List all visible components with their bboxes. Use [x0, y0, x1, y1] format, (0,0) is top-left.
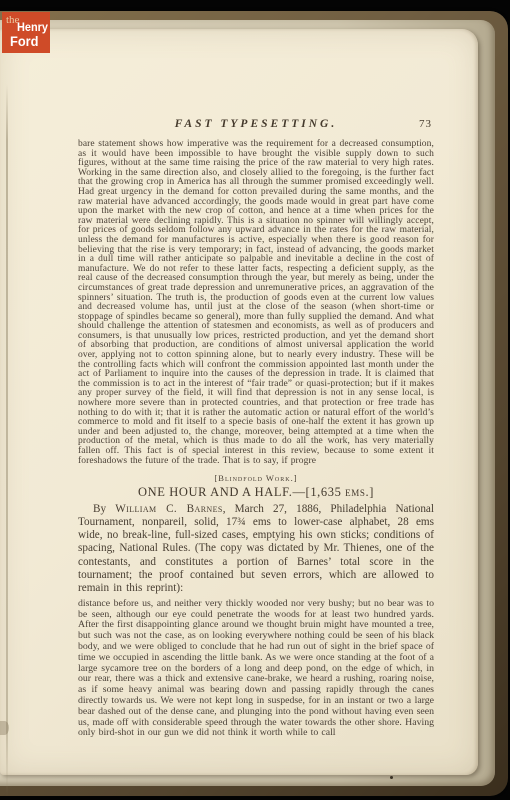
page-edge-notch [0, 721, 9, 735]
byline-paragraph: By William C. Barnes, March 27, 1886, Ph… [78, 503, 434, 595]
logo-word-henry: Henry [17, 23, 48, 35]
logo-word-ford: Ford [10, 35, 39, 49]
byline-rest: , March 27, 1886, Philadelphia National … [78, 503, 434, 594]
book-page: FAST TYPESETTING. 73 bare statement show… [0, 29, 478, 775]
section-kicker: [Blindfold Work.] [78, 473, 434, 483]
underlying-page-edge [6, 84, 8, 796]
reprint-paragraph: distance before us, and neither very thi… [78, 599, 434, 739]
running-header: FAST TYPESETTING. 73 [78, 118, 434, 140]
scan-speck [390, 776, 393, 779]
scan-speck [207, 180, 209, 182]
printed-content: FAST TYPESETTING. 73 bare statement show… [78, 118, 434, 739]
section-heading-ems: —[1,635 ems.] [292, 485, 374, 499]
page-number: 73 [419, 118, 432, 130]
section-heading: ONE HOUR AND A HALF.—[1,635 ems.] [78, 485, 434, 500]
henry-ford-logo: the Henry Ford [2, 12, 50, 53]
lead-paragraph: bare statement shows how imperative was … [78, 140, 434, 466]
scanned-book-photo: FAST TYPESETTING. 73 bare statement show… [0, 0, 510, 800]
byline-prefix: By [93, 503, 115, 515]
byline-name: William C. Barnes [115, 503, 223, 515]
running-title: FAST TYPESETTING. [78, 118, 434, 130]
section-heading-main: ONE HOUR AND A HALF. [138, 485, 292, 499]
